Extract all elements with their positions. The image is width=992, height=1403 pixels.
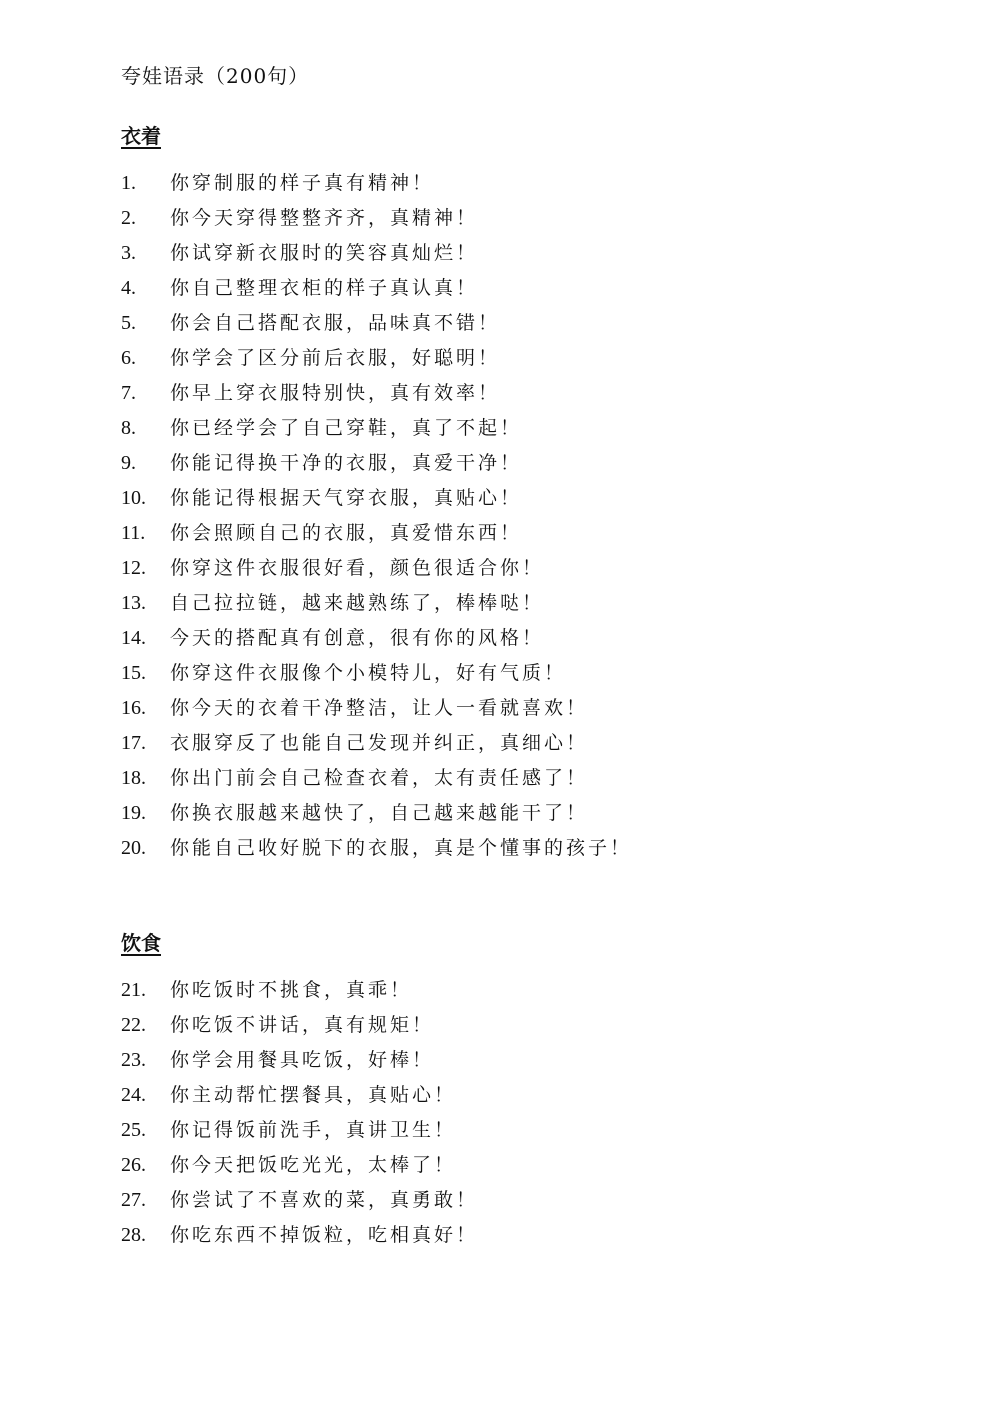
item-text: 你穿这件衣服很好看，颜色很适合你！ <box>170 551 544 586</box>
item-number: 16. <box>121 691 170 726</box>
item-text: 今天的搭配真有创意，很有你的风格！ <box>170 621 544 656</box>
item-text: 你穿这件衣服像个小模特儿，好有气质！ <box>170 656 566 691</box>
item-number: 28. <box>121 1218 170 1253</box>
item-text: 你学会了区分前后衣服，好聪明！ <box>170 341 500 376</box>
item-number: 10. <box>121 481 170 516</box>
item-text: 你已经学会了自己穿鞋，真了不起！ <box>170 411 522 446</box>
item-number: 20. <box>121 831 170 866</box>
list-item: 9.你能记得换干净的衣服，真爱干净！ <box>121 446 632 481</box>
item-number: 12. <box>121 551 170 586</box>
item-text: 你会照顾自己的衣服，真爱惜东西！ <box>170 516 522 551</box>
item-number: 1. <box>121 166 170 201</box>
clothing-list: 1.你穿制服的样子真有精神！2.你今天穿得整整齐齐，真精神！3.你试穿新衣服时的… <box>121 166 632 866</box>
item-text: 你能自己收好脱下的衣服，真是个懂事的孩子！ <box>170 831 632 866</box>
item-number: 27. <box>121 1183 170 1218</box>
list-item: 28.你吃东西不掉饭粒，吃相真好！ <box>121 1218 478 1253</box>
item-number: 7. <box>121 376 170 411</box>
item-number: 8. <box>121 411 170 446</box>
list-item: 14.今天的搭配真有创意，很有你的风格！ <box>121 621 632 656</box>
list-item: 12.你穿这件衣服很好看，颜色很适合你！ <box>121 551 632 586</box>
list-item: 1.你穿制服的样子真有精神！ <box>121 166 632 201</box>
item-number: 17. <box>121 726 170 761</box>
item-number: 18. <box>121 761 170 796</box>
section-heading-diet: 饮食 <box>121 929 161 957</box>
item-number: 15. <box>121 656 170 691</box>
item-number: 25. <box>121 1113 170 1148</box>
item-text: 你能记得换干净的衣服，真爱干净！ <box>170 446 522 481</box>
list-item: 21.你吃饭时不挑食，真乖！ <box>121 973 478 1008</box>
list-item: 11.你会照顾自己的衣服，真爱惜东西！ <box>121 516 632 551</box>
item-text: 你出门前会自己检查衣着，太有责任感了！ <box>170 761 588 796</box>
list-item: 15.你穿这件衣服像个小模特儿，好有气质！ <box>121 656 632 691</box>
item-number: 6. <box>121 341 170 376</box>
item-number: 24. <box>121 1078 170 1113</box>
item-number: 13. <box>121 586 170 621</box>
item-text: 你吃东西不掉饭粒，吃相真好！ <box>170 1218 478 1253</box>
item-text: 你早上穿衣服特别快，真有效率！ <box>170 376 500 411</box>
item-text: 你今天把饭吃光光，太棒了！ <box>170 1148 456 1183</box>
list-item: 18.你出门前会自己检查衣着，太有责任感了！ <box>121 761 632 796</box>
item-number: 19. <box>121 796 170 831</box>
list-item: 16.你今天的衣着干净整洁，让人一看就喜欢！ <box>121 691 632 726</box>
item-number: 23. <box>121 1043 170 1078</box>
item-text: 你换衣服越来越快了，自己越来越能干了！ <box>170 796 588 831</box>
list-item: 7.你早上穿衣服特别快，真有效率！ <box>121 376 632 411</box>
document-page: 夸娃语录（200句） 衣着 1.你穿制服的样子真有精神！2.你今天穿得整整齐齐，… <box>0 0 992 1403</box>
list-item: 4.你自己整理衣柜的样子真认真！ <box>121 271 632 306</box>
list-item: 19.你换衣服越来越快了，自己越来越能干了！ <box>121 796 632 831</box>
list-item: 17.衣服穿反了也能自己发现并纠正，真细心！ <box>121 726 632 761</box>
list-item: 24.你主动帮忙摆餐具，真贴心！ <box>121 1078 478 1113</box>
item-number: 14. <box>121 621 170 656</box>
item-number: 3. <box>121 236 170 271</box>
item-number: 21. <box>121 973 170 1008</box>
item-text: 衣服穿反了也能自己发现并纠正，真细心！ <box>170 726 588 761</box>
list-item: 6.你学会了区分前后衣服，好聪明！ <box>121 341 632 376</box>
item-number: 5. <box>121 306 170 341</box>
item-text: 你自己整理衣柜的样子真认真！ <box>170 271 478 306</box>
document-title: 夸娃语录（200句） <box>121 62 309 90</box>
list-item: 3.你试穿新衣服时的笑容真灿烂！ <box>121 236 632 271</box>
list-item: 26.你今天把饭吃光光，太棒了！ <box>121 1148 478 1183</box>
item-text: 你吃饭不讲话，真有规矩！ <box>170 1008 434 1043</box>
item-number: 11. <box>121 516 170 551</box>
list-item: 13.自己拉拉链，越来越熟练了，棒棒哒！ <box>121 586 632 621</box>
list-item: 10.你能记得根据天气穿衣服，真贴心！ <box>121 481 632 516</box>
section-heading-clothing: 衣着 <box>121 122 161 150</box>
list-item: 2.你今天穿得整整齐齐，真精神！ <box>121 201 632 236</box>
item-text: 你今天的衣着干净整洁，让人一看就喜欢！ <box>170 691 588 726</box>
list-item: 23.你学会用餐具吃饭，好棒！ <box>121 1043 478 1078</box>
diet-list: 21.你吃饭时不挑食，真乖！22.你吃饭不讲话，真有规矩！23.你学会用餐具吃饭… <box>121 973 478 1253</box>
list-item: 22.你吃饭不讲话，真有规矩！ <box>121 1008 478 1043</box>
item-text: 你学会用餐具吃饭，好棒！ <box>170 1043 434 1078</box>
list-item: 20.你能自己收好脱下的衣服，真是个懂事的孩子！ <box>121 831 632 866</box>
list-item: 8.你已经学会了自己穿鞋，真了不起！ <box>121 411 632 446</box>
list-item: 27.你尝试了不喜欢的菜，真勇敢！ <box>121 1183 478 1218</box>
list-item: 5.你会自己搭配衣服，品味真不错！ <box>121 306 632 341</box>
item-text: 你今天穿得整整齐齐，真精神！ <box>170 201 478 236</box>
item-number: 4. <box>121 271 170 306</box>
item-number: 22. <box>121 1008 170 1043</box>
item-text: 你试穿新衣服时的笑容真灿烂！ <box>170 236 478 271</box>
item-text: 你主动帮忙摆餐具，真贴心！ <box>170 1078 456 1113</box>
item-number: 26. <box>121 1148 170 1183</box>
item-text: 你会自己搭配衣服，品味真不错！ <box>170 306 500 341</box>
item-text: 你能记得根据天气穿衣服，真贴心！ <box>170 481 522 516</box>
item-text: 自己拉拉链，越来越熟练了，棒棒哒！ <box>170 586 544 621</box>
item-number: 9. <box>121 446 170 481</box>
list-item: 25.你记得饭前洗手，真讲卫生！ <box>121 1113 478 1148</box>
item-text: 你记得饭前洗手，真讲卫生！ <box>170 1113 456 1148</box>
item-text: 你吃饭时不挑食，真乖！ <box>170 973 412 1008</box>
item-text: 你穿制服的样子真有精神！ <box>170 166 434 201</box>
item-number: 2. <box>121 201 170 236</box>
item-text: 你尝试了不喜欢的菜，真勇敢！ <box>170 1183 478 1218</box>
